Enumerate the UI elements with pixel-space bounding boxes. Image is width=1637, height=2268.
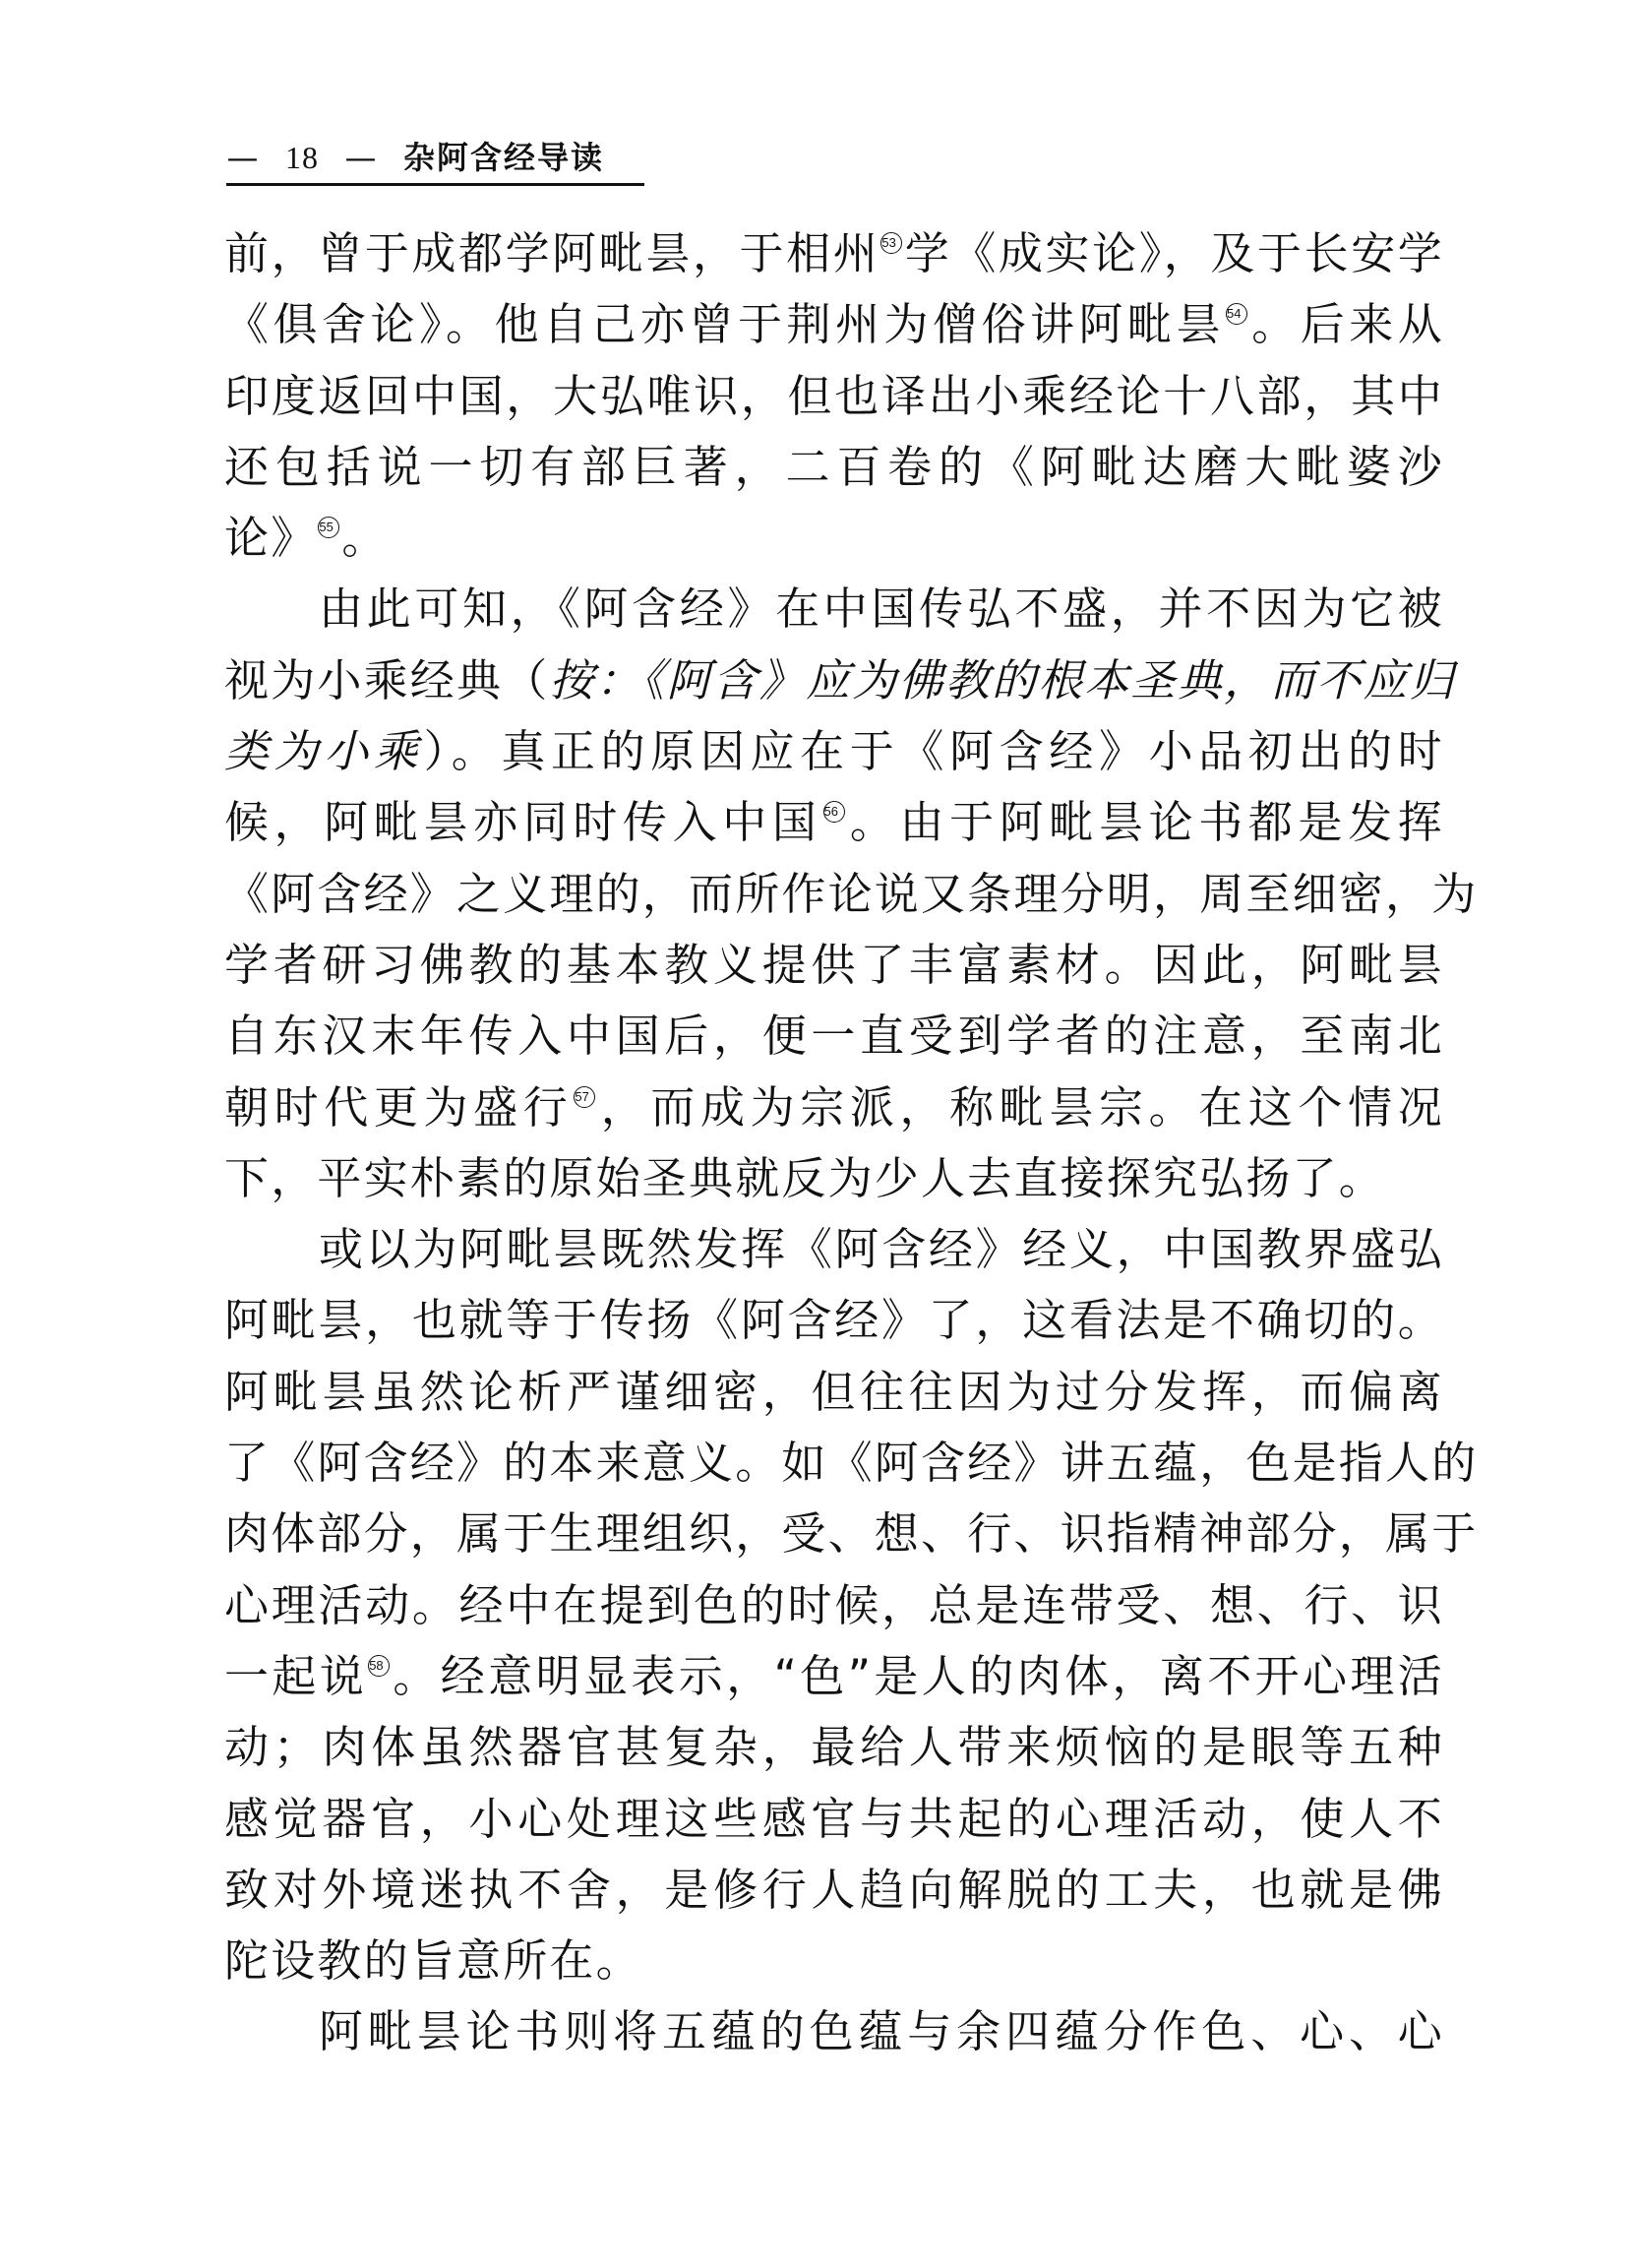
text-segment: 印度返回中国，大弘唯识，但也译出小乘经论十八部，其中 bbox=[224, 370, 1444, 422]
text-segment: 朝时代更为盛行 bbox=[224, 1081, 573, 1134]
text-segment: 学者研习佛教的基本教义提供了丰富素材。因此，阿毗昙 bbox=[224, 939, 1444, 991]
text-line: 一起说58。经意明显表示，“色”是人的肉体，离不开心理活 bbox=[224, 1641, 1444, 1712]
text-segment: 阿毗昙虽然论析严谨细密，但往往因为过分发挥，而偏离 bbox=[224, 1366, 1444, 1418]
footnote-marker: 57 bbox=[574, 1086, 595, 1108]
text-line: 阿毗昙，也就等于传扬《阿含经》了，这看法是不确切的。 bbox=[224, 1285, 1444, 1356]
text-segment: 了《阿含经》的本来意义。如《阿含经》讲五蕴，色是指人的 bbox=[224, 1437, 1478, 1489]
text-line: 了《阿含经》的本来意义。如《阿含经》讲五蕴，色是指人的 bbox=[224, 1428, 1444, 1499]
paragraph: 阿毗昙论书则将五蕴的色蕴与余四蕴分作色、心、心 bbox=[224, 1996, 1444, 2067]
running-head-dash-left: — bbox=[226, 138, 260, 177]
text-segment: 阿毗昙论书则将五蕴的色蕴与余四蕴分作色、心、心 bbox=[319, 2005, 1444, 2057]
editor-note-text: 类为小乘 bbox=[224, 725, 424, 777]
text-line: 阿毗昙虽然论析严谨细密，但往往因为过分发挥，而偏离 bbox=[224, 1357, 1444, 1428]
text-segment: 还包括说一切有部巨著，二百卷的《阿毗达磨大毗婆沙 bbox=[224, 441, 1444, 493]
text-line: 或以为阿毗昙既然发挥《阿含经》经义，中国教界盛弘 bbox=[224, 1214, 1444, 1285]
text-line: 学者研习佛教的基本教义提供了丰富素材。因此，阿毗昙 bbox=[224, 930, 1444, 1001]
text-line: 心理活动。经中在提到色的时候，总是连带受、想、行、识 bbox=[224, 1570, 1444, 1641]
text-segment: 候，阿毗昙亦同时传入中国 bbox=[224, 796, 822, 848]
text-line: 致对外境迷执不舍，是修行人趋向解脱的工夫，也就是佛 bbox=[224, 1855, 1444, 1926]
text-line: 论》55。 bbox=[224, 503, 1444, 574]
text-segment: 下，平实朴素的原始圣典就反为少人去直接探究弘扬了。 bbox=[224, 1152, 1385, 1204]
text-line: 动；肉体虽然器官甚复杂，最给人带来烦恼的是眼等五种 bbox=[224, 1712, 1444, 1783]
text-line: 候，阿毗昙亦同时传入中国56。由于阿毗昙论书都是发挥 bbox=[224, 787, 1444, 858]
text-line: 前，曾于成都学阿毗昙，于相州53学《成实论》，及于长安学 bbox=[224, 218, 1444, 289]
body-text: 前，曾于成都学阿毗昙，于相州53学《成实论》，及于长安学《俱舍论》。他自己亦曾于… bbox=[224, 218, 1444, 2068]
footnote-marker: 55 bbox=[318, 517, 339, 538]
text-segment: 。由于阿毗昙论书都是发挥 bbox=[847, 796, 1445, 848]
text-line: 陀设教的旨意所在。 bbox=[224, 1926, 1444, 1996]
text-line: 阿毗昙论书则将五蕴的色蕴与余四蕴分作色、心、心 bbox=[224, 1996, 1444, 2067]
text-segment: 或以为阿毗昙既然发挥《阿含经》经义，中国教界盛弘 bbox=[319, 1223, 1444, 1275]
text-segment: 致对外境迷执不舍，是修行人趋向解脱的工夫，也就是佛 bbox=[224, 1864, 1444, 1916]
text-segment: 学《成实论》，及于长安学 bbox=[904, 227, 1444, 279]
text-segment: 动；肉体虽然器官甚复杂，最给人带来烦恼的是眼等五种 bbox=[224, 1721, 1444, 1773]
text-line: 视为小乘经典（按：《阿含》应为佛教的根本圣典，而不应归 bbox=[224, 645, 1444, 716]
book-page: —18—杂阿含经导读 前，曾于成都学阿毗昙，于相州53学《成实论》，及于长安学《… bbox=[0, 0, 1637, 2268]
running-head: —18—杂阿含经导读 bbox=[226, 138, 644, 186]
text-segment: 《阿含经》之义理的，而所作论说又条理分明，周至细密，为 bbox=[224, 868, 1478, 920]
text-segment: 《俱舍论》。他自己亦曾于荆州为僧俗讲阿毗昙 bbox=[224, 298, 1225, 350]
editor-note-text: 按：《阿含》应为佛教的根本圣典，而不应归 bbox=[549, 654, 1456, 706]
text-segment: 论》 bbox=[224, 512, 317, 564]
text-segment: 。 bbox=[341, 512, 388, 564]
running-head-dash-right: — bbox=[344, 138, 378, 177]
text-line: 还包括说一切有部巨著，二百卷的《阿毗达磨大毗婆沙 bbox=[224, 432, 1444, 503]
text-segment: 阿毗昙，也就等于传扬《阿含经》了，这看法是不确切的。 bbox=[224, 1294, 1444, 1346]
text-line: 肉体部分，属于生理组织，受、想、行、识指精神部分，属于 bbox=[224, 1499, 1444, 1569]
text-segment: 由此可知，《阿含经》在中国传弘不盛，并不因为它被 bbox=[319, 582, 1444, 635]
text-segment: 一起说 bbox=[224, 1650, 367, 1702]
text-segment: 前，曾于成都学阿毗昙，于相州 bbox=[224, 227, 879, 279]
text-line: 类为小乘）。真正的原因应在于《阿含经》小品初出的时 bbox=[224, 716, 1444, 787]
text-segment: 视为小乘经典（ bbox=[224, 654, 549, 706]
text-line: 《俱舍论》。他自己亦曾于荆州为僧俗讲阿毗昙54。后来从 bbox=[224, 289, 1444, 360]
text-segment: ）。真正的原因应在于《阿含经》小品初出的时 bbox=[424, 725, 1444, 777]
footnote-marker: 53 bbox=[880, 232, 902, 254]
text-segment: 肉体部分，属于生理组织，受、想、行、识指精神部分，属于 bbox=[224, 1507, 1478, 1560]
text-line: 感觉器官，小心处理这些感官与共起的心理活动，使人不 bbox=[224, 1784, 1444, 1855]
footnote-marker: 58 bbox=[368, 1655, 390, 1677]
text-segment: ，而成为宗派，称毗昙宗。在这个情况 bbox=[597, 1081, 1444, 1134]
text-segment: 。经意明显表示，“色”是人的肉体，离不开心理活 bbox=[392, 1650, 1444, 1702]
paragraph: 前，曾于成都学阿毗昙，于相州53学《成实论》，及于长安学《俱舍论》。他自己亦曾于… bbox=[224, 218, 1444, 574]
book-title: 杂阿含经导读 bbox=[378, 138, 604, 177]
text-line: 印度返回中国，大弘唯识，但也译出小乘经论十八部，其中 bbox=[224, 361, 1444, 432]
text-line: 《阿含经》之义理的，而所作论说又条理分明，周至细密，为 bbox=[224, 859, 1444, 930]
text-line: 下，平实朴素的原始圣典就反为少人去直接探究弘扬了。 bbox=[224, 1143, 1444, 1214]
paragraph: 由此可知，《阿含经》在中国传弘不盛，并不因为它被视为小乘经典（按：《阿含》应为佛… bbox=[224, 574, 1444, 1214]
text-line: 自东汉末年传入中国后，便一直受到学者的注意，至南北 bbox=[224, 1001, 1444, 1072]
text-segment: 陀设教的旨意所在。 bbox=[224, 1934, 642, 1987]
text-segment: 心理活动。经中在提到色的时候，总是连带受、想、行、识 bbox=[224, 1579, 1444, 1631]
text-segment: 感觉器官，小心处理这些感官与共起的心理活动，使人不 bbox=[224, 1793, 1444, 1845]
text-line: 朝时代更为盛行57，而成为宗派，称毗昙宗。在这个情况 bbox=[224, 1073, 1444, 1143]
footnote-marker: 56 bbox=[823, 801, 845, 823]
text-line: 由此可知，《阿含经》在中国传弘不盛，并不因为它被 bbox=[224, 574, 1444, 644]
text-segment: 自东汉末年传入中国后，便一直受到学者的注意，至南北 bbox=[224, 1010, 1444, 1062]
page-number: 18 bbox=[260, 138, 344, 177]
paragraph: 或以为阿毗昙既然发挥《阿含经》经义，中国教界盛弘阿毗昙，也就等于传扬《阿含经》了… bbox=[224, 1214, 1444, 1996]
footnote-marker: 54 bbox=[1226, 303, 1247, 325]
text-segment: 。后来从 bbox=[1249, 298, 1444, 350]
